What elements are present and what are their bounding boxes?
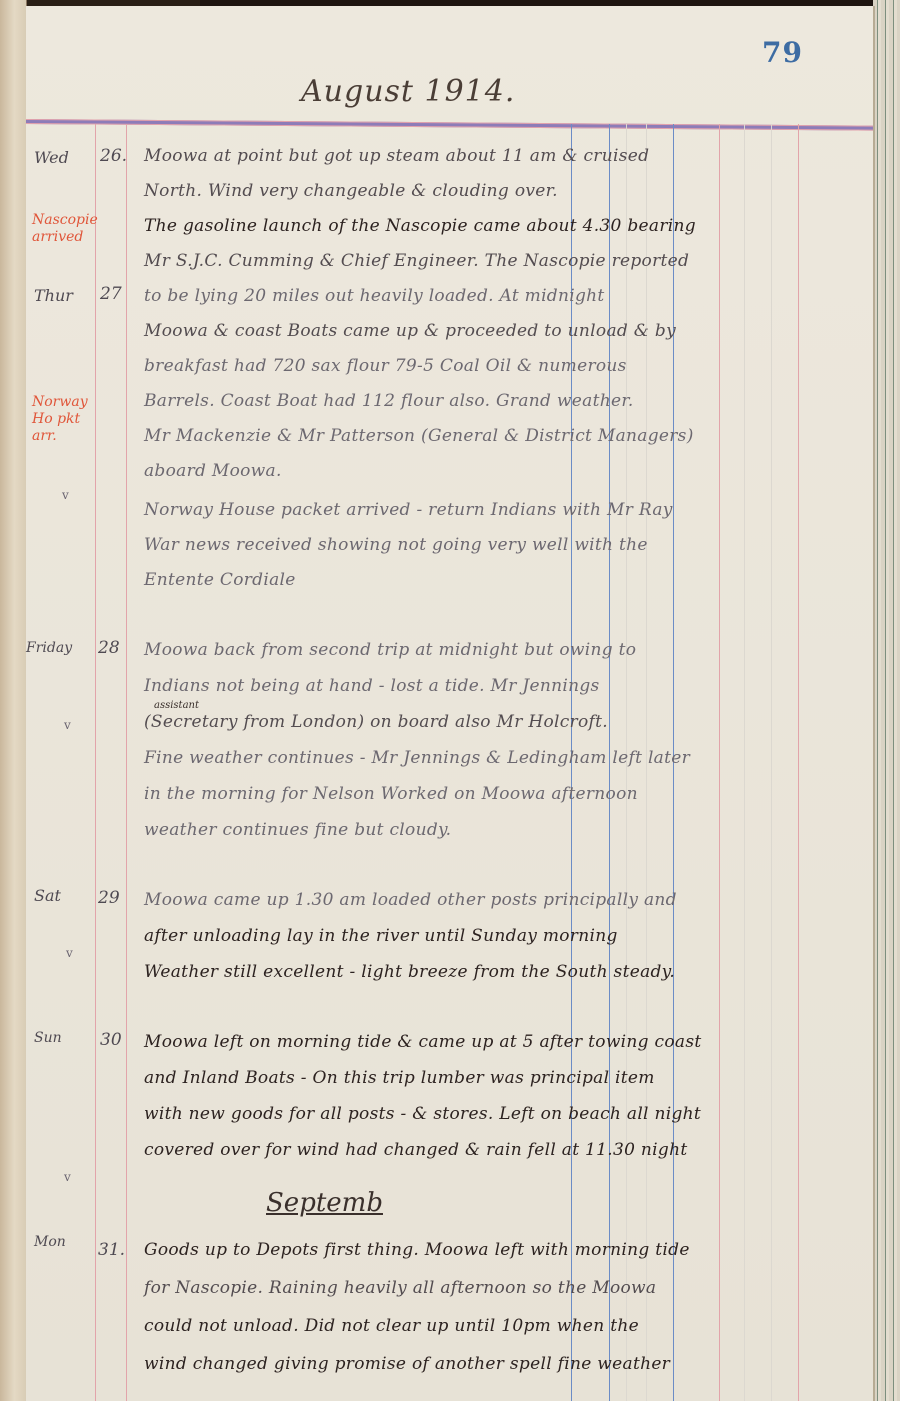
- entry-line: aboard Moowa.: [144, 461, 282, 481]
- entry-line: could not unload. Did not clear up until…: [144, 1316, 639, 1336]
- ledger-page: 79 August 1914. Wed 26. Nascopie arrived…: [26, 6, 875, 1401]
- entry-line: The gasoline launch of the Nascopie came…: [144, 216, 696, 236]
- margin-note: Norway Ho pkt arr.: [32, 394, 92, 445]
- month-heading: Septemb: [266, 1188, 383, 1218]
- entry-line: Moowa & coast Boats came up & proceeded …: [144, 321, 676, 341]
- entry-line: War news received showing not going very…: [144, 535, 648, 555]
- entry-line: Moowa at point but got up steam about 11…: [144, 146, 649, 166]
- entry-date: 28: [98, 638, 120, 658]
- insertion-note: assistant: [154, 700, 199, 711]
- entry-line: with new goods for all posts - & stores.…: [144, 1104, 701, 1124]
- entry-day: Wed: [34, 148, 69, 167]
- entry-line: Moowa left on morning tide & came up at …: [144, 1032, 701, 1052]
- entry-line: Weather still excellent - light breeze f…: [144, 962, 675, 982]
- entry-day: Mon: [34, 1234, 66, 1250]
- entry-line: weather continues fine but cloudy.: [144, 820, 451, 840]
- entry-line: Entente Cordiale: [144, 570, 296, 590]
- entry-date: 30: [100, 1030, 122, 1050]
- margin-rule-date: [126, 124, 127, 1401]
- check-tick: v: [64, 718, 71, 732]
- entry-date: 31.: [98, 1240, 125, 1260]
- header-rule: [26, 119, 873, 131]
- entry-line: Barrels. Coast Boat had 112 flour also. …: [144, 391, 634, 411]
- column-rule-red-1: [719, 124, 720, 1401]
- check-tick: v: [64, 1170, 71, 1184]
- entry-day: Sat: [34, 886, 61, 905]
- entry-line: North. Wind very changeable & clouding o…: [144, 181, 558, 201]
- entry-line: breakfast had 720 sax flour 79-5 Coal Oi…: [144, 356, 627, 376]
- page-title: August 1914.: [301, 74, 515, 109]
- entry-line: Moowa back from second trip at midnight …: [144, 640, 636, 660]
- entry-line: after unloading lay in the river until S…: [144, 926, 618, 946]
- entry-line: Mr Mackenzie & Mr Patterson (General & D…: [144, 426, 694, 446]
- entry-line: (Secretary from London) on board also Mr…: [144, 712, 608, 732]
- entry-line: Goods up to Depots first thing. Moowa le…: [144, 1240, 690, 1260]
- check-tick: v: [66, 946, 73, 960]
- entry-date: 29: [98, 888, 120, 908]
- entry-line: for Nascopie. Raining heavily all aftern…: [144, 1278, 656, 1298]
- column-rule-faint: [744, 124, 745, 1401]
- check-tick: v: [62, 488, 69, 502]
- entry-line: Indians not being at hand - lost a tide.…: [144, 676, 600, 696]
- entry-date: 26.: [100, 146, 127, 166]
- column-rule-faint: [771, 124, 772, 1401]
- entry-line: Mr S.J.C. Cumming & Chief Engineer. The …: [144, 251, 689, 271]
- entry-day: Friday: [26, 640, 72, 656]
- book-binding: [0, 0, 27, 1401]
- page-number: 79: [762, 36, 803, 69]
- margin-rule-day: [95, 124, 96, 1401]
- entry-line: covered over for wind had changed & rain…: [144, 1140, 687, 1160]
- entry-day: Sun: [34, 1030, 62, 1046]
- entry-line: Moowa came up 1.30 am loaded other posts…: [144, 890, 677, 910]
- entry-line: Fine weather continues - Mr Jennings & L…: [144, 748, 690, 768]
- entry-line: and Inland Boats - On this trip lumber w…: [144, 1068, 655, 1088]
- entry-line: to be lying 20 miles out heavily loaded.…: [144, 286, 605, 306]
- column-rule-red-2: [798, 124, 799, 1401]
- entry-line: in the morning for Nelson Worked on Moow…: [144, 784, 638, 804]
- entry-line: Norway House packet arrived - return Ind…: [144, 500, 673, 520]
- margin-note: Nascopie arrived: [32, 212, 92, 246]
- entry-line: wind changed giving promise of another s…: [144, 1354, 670, 1374]
- entry-date: 27: [100, 284, 122, 304]
- entry-day: Thur: [34, 286, 73, 305]
- page-stack-edge: [873, 0, 900, 1401]
